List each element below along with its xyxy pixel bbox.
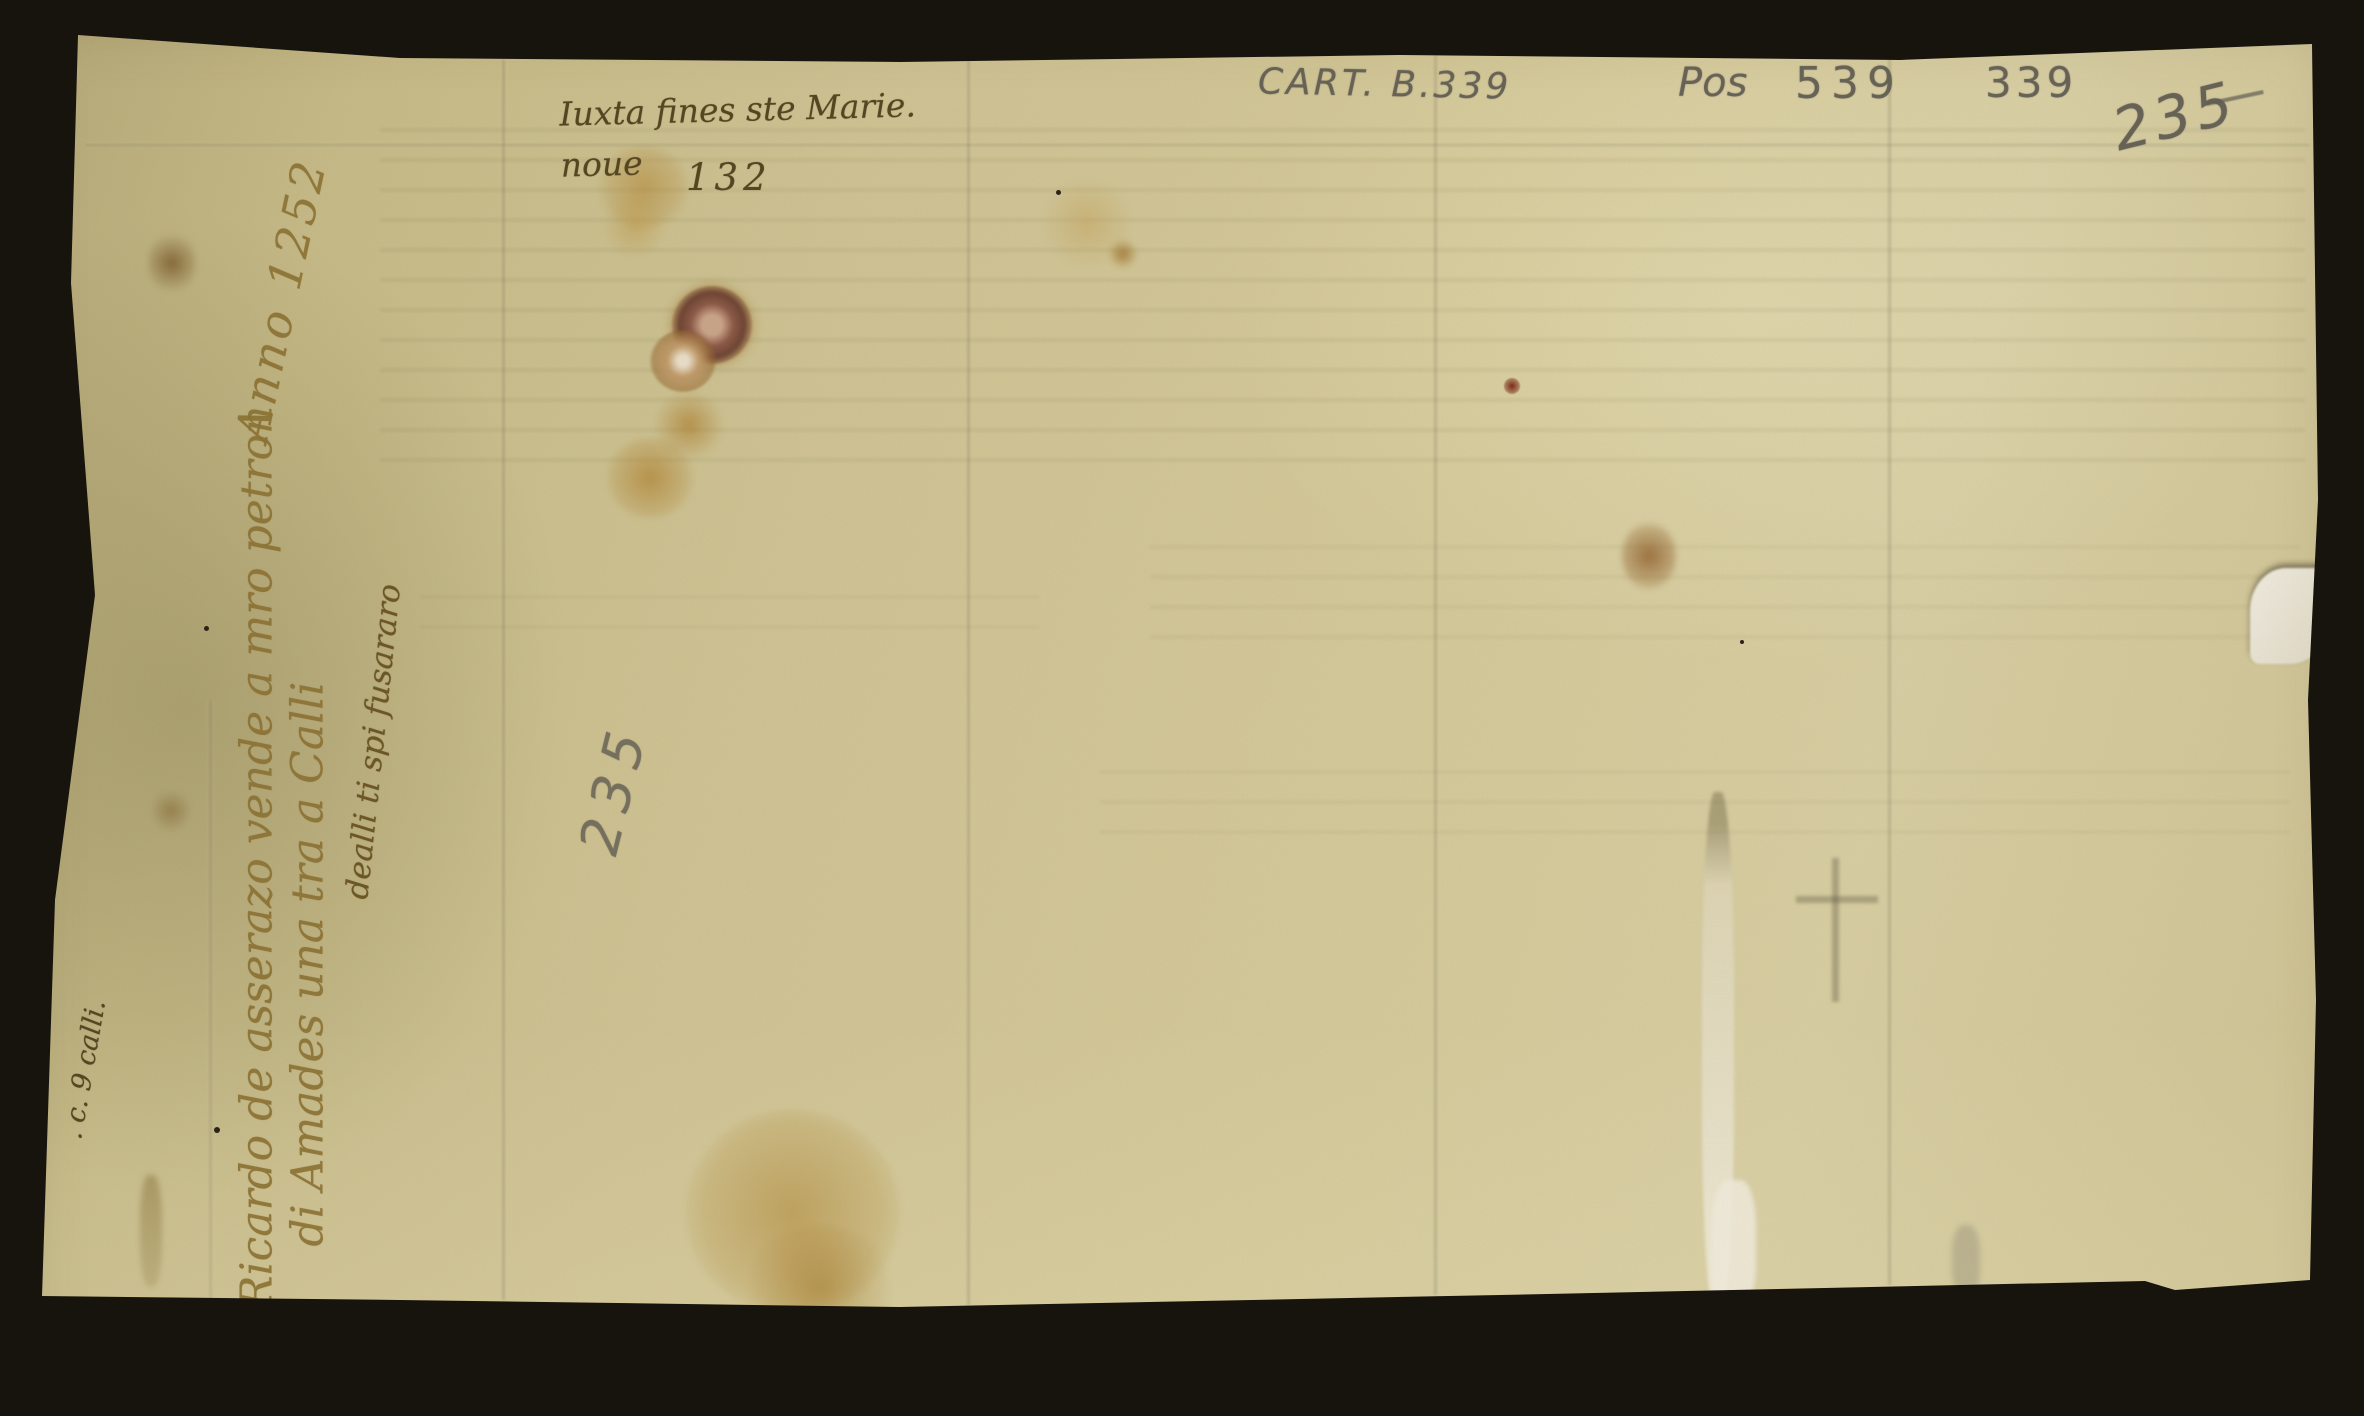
parchment-grain-texture — [0, 0, 2364, 1416]
photograph-background: Iuxta fines ste Marie. noue 132 CART. B.… — [0, 0, 2364, 1416]
parchment-sheet: Iuxta fines ste Marie. noue 132 CART. B.… — [0, 0, 2364, 1416]
